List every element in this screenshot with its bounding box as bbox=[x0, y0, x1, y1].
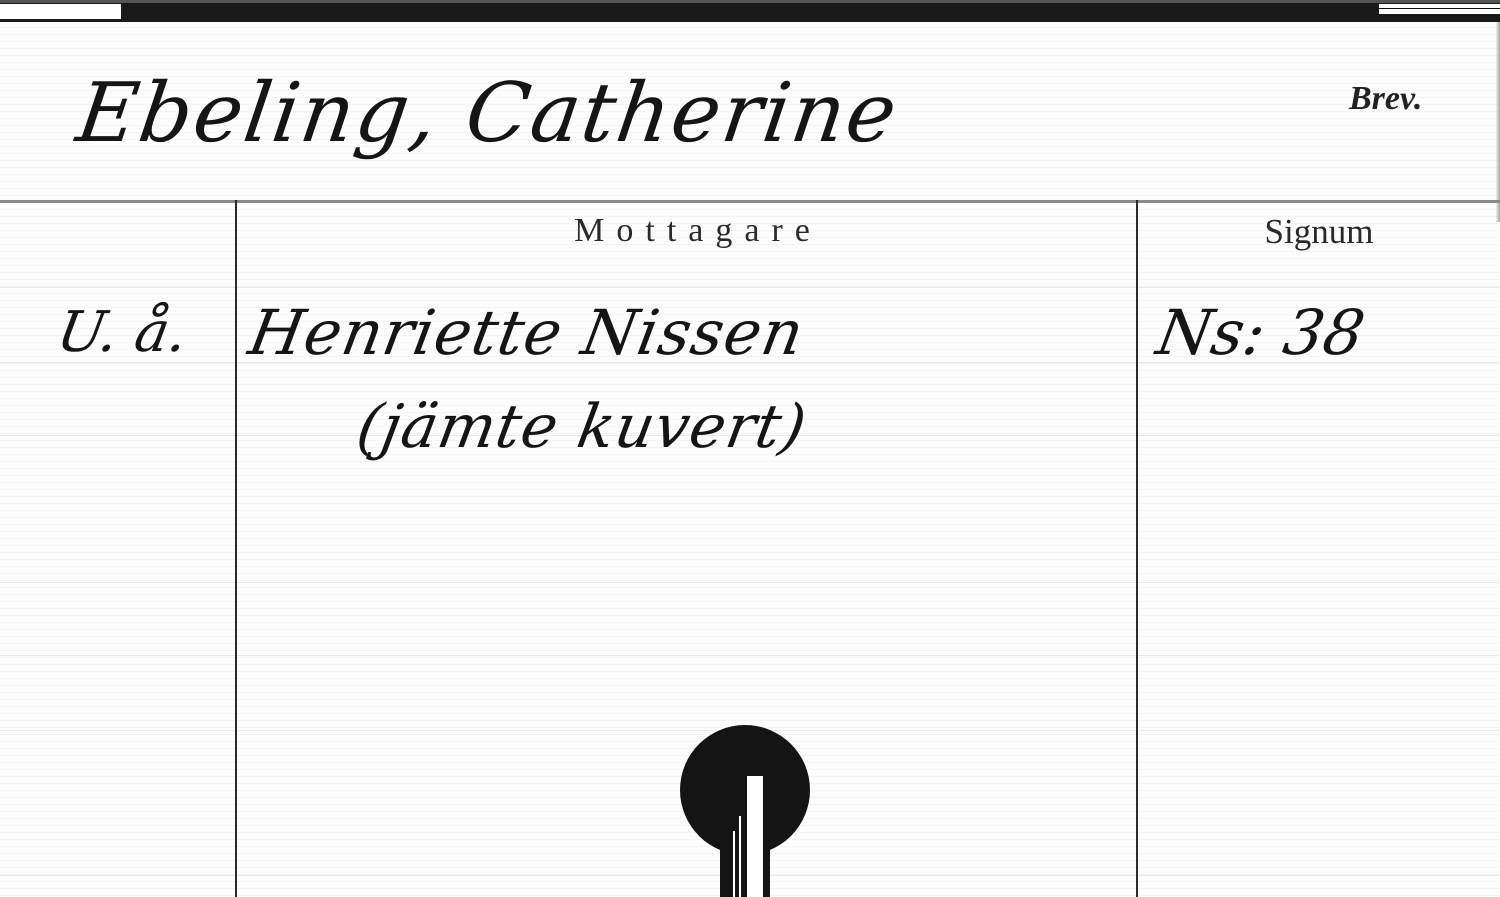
scanner-top-bar bbox=[0, 0, 1500, 22]
ruled-line bbox=[0, 655, 1500, 656]
archive-index-card: Ebeling, Catherine Brev. Mottagare Signu… bbox=[0, 0, 1500, 897]
column-divider-date bbox=[235, 200, 237, 897]
person-name-heading: Ebeling, Catherine bbox=[71, 66, 904, 161]
document-type-label: Brev. bbox=[1349, 80, 1422, 118]
scanner-edge-line bbox=[0, 0, 1500, 3]
punch-slot-gap bbox=[747, 776, 763, 897]
recipient-name: Henriette Nissen bbox=[244, 296, 810, 369]
signum-column-header: Signum bbox=[1138, 212, 1500, 252]
date-cell: U. å. bbox=[52, 300, 192, 365]
recipient-note: (jämte kuvert) bbox=[352, 392, 812, 462]
scanner-margin-left bbox=[0, 4, 121, 19]
ruled-line bbox=[0, 582, 1500, 583]
scanner-margin-right bbox=[1379, 4, 1500, 14]
card-right-edge-shadow bbox=[1496, 22, 1500, 222]
column-divider-signum bbox=[1136, 200, 1138, 897]
header-divider-line bbox=[0, 200, 1500, 203]
recipient-column-header: Mottagare bbox=[236, 212, 1148, 250]
ruled-line bbox=[0, 287, 1500, 288]
signum-value: Ns: 38 bbox=[1152, 296, 1370, 369]
